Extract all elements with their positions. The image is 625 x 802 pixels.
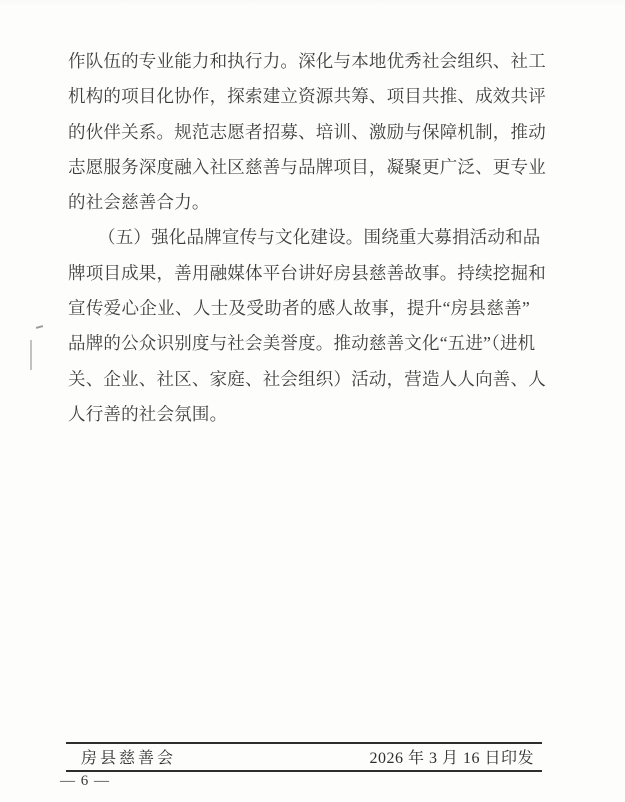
body-text-line: 关、企业、社区、家庭、社会组织）活动，营造人人向善、人 — [68, 362, 530, 397]
body-text-line: 牌项目成果，善用融媒体平台讲好房县慈善故事。持续挖掘和 — [68, 256, 530, 291]
footer-print-date: 2026 年 3 月 16 日印发 — [369, 745, 542, 768]
body-text-line: 品牌的公众识别度与社会美誉度。推动慈善文化“五进”（进机 — [68, 326, 530, 361]
footer-row: 房县慈善会 2026 年 3 月 16 日印发 — [66, 743, 542, 770]
paragraph-2-first-line: （五）强化品牌宣传与文化建设。围绕重大募捐活动和品 — [68, 220, 530, 255]
page-number: — 6 — — [60, 772, 110, 790]
scan-artifact-line — [30, 340, 32, 370]
body-text-line: 机构的项目化协作，探索建立资源共筹、项目共推、成效共评 — [68, 79, 530, 114]
scanned-document-page: 作队伍的专业能力和执行力。深化与本地优秀社会组织、社工机构的项目化协作，探索建立… — [0, 0, 625, 802]
paragraph-1: 作队伍的专业能力和执行力。深化与本地优秀社会组织、社工机构的项目化协作，探索建立… — [68, 44, 530, 220]
document-body: 作队伍的专业能力和执行力。深化与本地优秀社会组织、社工机构的项目化协作，探索建立… — [68, 44, 530, 432]
body-text-line: 的伙伴关系。规范志愿者招募、培训、激励与保障机制，推动 — [68, 115, 530, 150]
section-heading: （五）强化品牌宣传与文化建设。 — [98, 227, 364, 247]
footer-bottom-rule — [66, 770, 542, 772]
paragraph-1-lines: 作队伍的专业能力和执行力。深化与本地优秀社会组织、社工机构的项目化协作，探索建立… — [68, 44, 530, 220]
scan-artifact-tick — [36, 325, 43, 329]
paragraph-2-lines: 牌项目成果，善用融媒体平台讲好房县慈善故事。持续挖掘和宣传爱心企业、人士及受助者… — [68, 256, 530, 432]
body-text-line: 志愿服务深度融入社区慈善与品牌项目，凝聚更广泛、更专业 — [68, 150, 530, 185]
paragraph-2: （五）强化品牌宣传与文化建设。围绕重大募捐活动和品 牌项目成果，善用融媒体平台讲… — [68, 220, 530, 432]
body-text-line: 人行善的社会氛围。 — [68, 397, 530, 432]
footer-issuer: 房县慈善会 — [66, 745, 176, 768]
body-text-line: 的社会慈善合力。 — [68, 185, 530, 220]
body-text-line: 宣传爱心企业、人士及受助者的感人故事，提升“房县慈善” — [68, 291, 530, 326]
paragraph-2-first-line-rest: 围绕重大募捐活动和品 — [364, 227, 541, 247]
body-text-line: 作队伍的专业能力和执行力。深化与本地优秀社会组织、社工 — [68, 44, 530, 79]
